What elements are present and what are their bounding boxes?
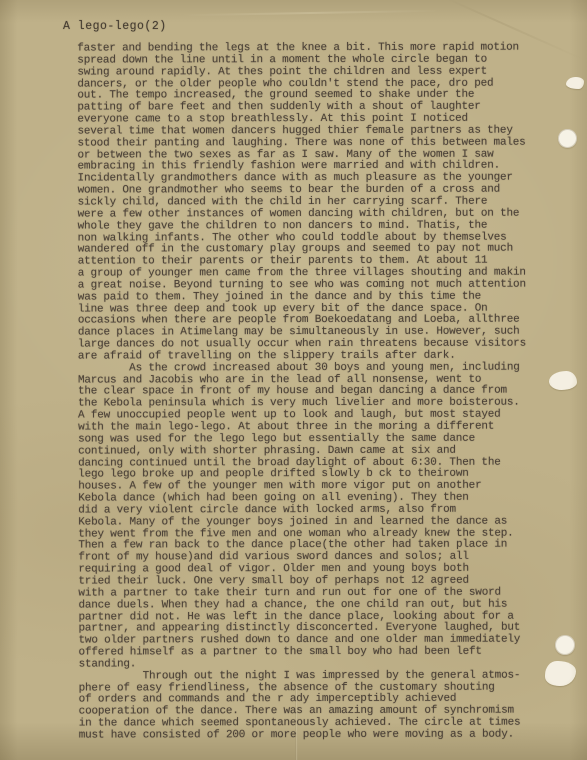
- document-page: A lego-lego(2) faster and bending the le…: [0, 0, 587, 760]
- paper-tear-mark-top-edge: [566, 77, 584, 89]
- paper-tear-mark-bottom: [545, 661, 576, 686]
- paper-crease-top: [180, 10, 440, 17]
- hole-punch-bottom: [555, 635, 575, 655]
- paragraph-3: Through out the night I was impressed by…: [79, 670, 565, 742]
- paragraph-2: As the crowd increased about 30 boys and…: [78, 362, 565, 671]
- paper-tear-mark-middle: [549, 371, 577, 390]
- document-title: A lego-lego(2): [63, 20, 167, 33]
- hole-punch-top: [558, 129, 577, 148]
- paragraph-1: faster and bending the legs at the knee …: [77, 42, 564, 363]
- document-body: faster and bending the legs at the knee …: [77, 42, 564, 742]
